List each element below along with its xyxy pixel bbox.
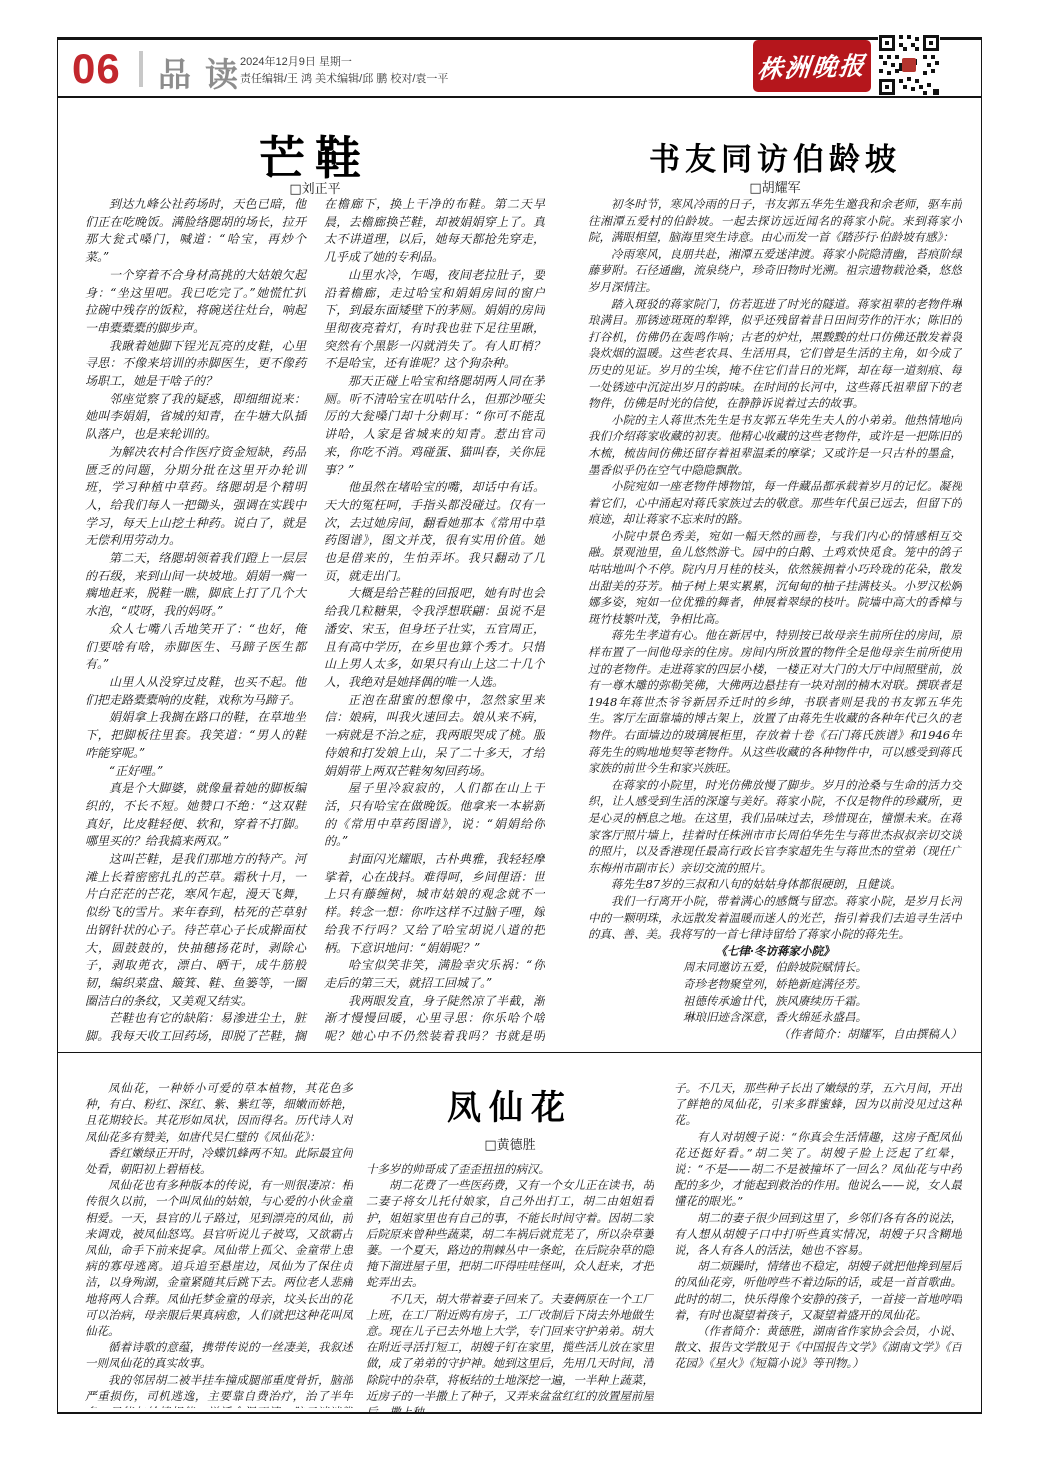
paragraph: “正好哩。” (85, 763, 306, 781)
article2-title: 书友同访伯龄坡 (588, 134, 962, 179)
paragraph: 第二天，络腮胡领着我们蹬上一层层的石级，来到山间一块坡地。娟娟一瘸一瘸地赶来，脱… (85, 550, 306, 621)
paragraph: （作者简介：黄德胜，湖南省作家协会会员，小说、散文、报告文学散见于《中国报告文学… (674, 1323, 962, 1372)
paragraph: 胡二的妻子很少回到这里了，乡邻们各有各的说法，有人想从胡嫂子口中打听些真实情况，… (674, 1210, 962, 1259)
paragraph: 凤仙花也有多种版本的传说，有一则很凄凉：相传很久以前，一个叫凤仙的姑娘，与心爱的… (85, 1177, 353, 1339)
paragraph: 邻座觉察了我的疑惑，即细细说来：她叫李娟娟，省城的知青，在牛塘大队插队落户，也是… (85, 391, 306, 444)
article1-body: 到达九峰公社药场时，天色已暗，他们正在吃晚饭。满脸络腮胡的场长，拉开那大瓮式嗓门… (85, 196, 545, 1048)
paragraph: 子。不几天，那些种子长出了嫩绿的芽，五六月间，开出了鲜艳的凤仙花，引来多群蜜蜂，… (674, 1080, 962, 1129)
page-number: 06 (72, 45, 121, 93)
qr-code (878, 34, 940, 96)
paragraph: 香红嫩绿正开时，冷蝶饥蜂两不知。此际最宜何处看，朝阳初上碧梧枝。 (85, 1145, 353, 1177)
paragraph: 大概是给芒鞋的回报吧，她有时也会给我几粒糖果，令我浮想联翩：虽说不是潘安、宋玉，… (324, 585, 545, 691)
paragraph: 那天正碰上哈宝和络腮胡两人同在茅厕。听不清哈宝在叽咕什么，但那沙哑尖厉的大瓮嗓门… (324, 373, 545, 479)
paragraph: 他虽然在堵哈宝的嘴，却话中有话。天大的冤枉呵，手指头都没碰过。仅有一次，去过她房… (324, 479, 545, 585)
paragraph: 踏入斑驳的蒋家院门，仿若逛进了时光的隧道。蒋家祖辈的老物件琳琅满目。那锈迹斑斑的… (588, 296, 962, 412)
paragraph: 祖德传承逾廿代，族风赓续历千霜。 (588, 993, 962, 1010)
qr-seal (902, 58, 916, 72)
paragraph: 正泡在甜蜜的想像中，忽然家里来信：娘病，叫我火速回去。娘从来不病，一病就是不治之… (324, 692, 545, 781)
article3-column3: 子。不几天，那些种子长出了嫩绿的芽，五六月间，开出了鲜艳的凤仙花，引来多群蜜蜂，… (674, 1080, 962, 1408)
frame-left-rule (57, 37, 58, 1414)
date-line: 2024年12月9日 星期一 (240, 54, 352, 71)
paragraph: 冷雨寒风，良朋共赴，湘潭五爱迷津渡。蒋家小院隐清幽，苔痕阶绿藤萝附。石径通幽，流… (588, 246, 962, 296)
header-bottom-rule (57, 96, 982, 98)
frame-right-rule (981, 37, 982, 1414)
article2-body: 初冬时节，寒风冷雨的日子，书友郭五华先生邀我和余老师，驱车前往湘潭五爱村的伯龄坡… (588, 196, 962, 1048)
article1-author: □刘正平 (85, 178, 545, 197)
paragraph: 到达九峰公社药场时，天色已暗，他们正在吃晚饭。满脸络腮胡的场长，拉开那大瓮式嗓门… (85, 196, 306, 267)
editors-line: 责任编辑/王 鸿 美术编辑/邱 鹏 校对/袁一平 (240, 71, 448, 88)
paragraph: 小院的主人蒋世杰先生是书友郭五华先生夫人的小弟弟。他热情地向我们介绍蒋家收藏的初… (588, 412, 962, 478)
paragraph: 娟娟拿上我搁在路口的鞋，在草地坐下，把脚板往里套。我笑道：“男人的鞋咋能穿呢。” (85, 709, 306, 762)
paragraph: 《七律·冬访蒋家小院》 (588, 943, 962, 960)
paragraph: 我的邻居胡二被半挂车撞成腿部重度骨折，脑部严重损伤，司机逃逸，主要靠自费治疗，治… (85, 1372, 353, 1408)
paragraph: 我瞅着她脚下锃光瓦亮的皮鞋，心里寻思：不像来培训的赤脚医生，更不像药场职工，她是… (85, 338, 306, 391)
paragraph: 我们一行离开小院，带着满心的感慨与留恋。蒋家小院，是岁月长河中的一颗明珠，永远散… (588, 893, 962, 943)
article3-title: 凤仙花 (366, 1080, 654, 1129)
paragraph: 胡二花费了一些医药费，又有一个女儿正在读书，胡二妻子将女儿托付娘家，自己外出打工… (366, 1177, 654, 1290)
paragraph: 在蒋家的小院里，时光仿佛放慢了脚步。岁月的沧桑与生命的活力交织，让人感受到生活的… (588, 777, 962, 877)
paragraph: 凤仙花，一种娇小可爱的草本植物，其花色多种，有白、粉红、深红、紫、紫红等，细嫩而… (85, 1080, 353, 1145)
paragraph: 周末同邀访五爱，伯龄坡院赋情长。 (588, 959, 962, 976)
paragraph: 小院宛如一座老物件博物馆，每一件藏品都承载着岁月的记忆。凝视着它们，心中涌起对蒋… (588, 478, 962, 528)
paragraph: 奇珍老物聚堂列，娇艳新庭满径芳。 (588, 976, 962, 993)
paragraph: 初冬时节，寒风冷雨的日子，书友郭五华先生邀我和余老师，驱车前往湘潭五爱村的伯龄坡… (588, 196, 962, 246)
paragraph: 一个穿着不合身材高挑的大姑娘欠起身：“坐这里吧。我已吃完了。”她慌忙扒拉碗中残存… (85, 267, 306, 338)
masthead-title: 株洲晚报 (756, 46, 868, 86)
paragraph: 蒋先生孝道有心。他在新居中，特别按已故母亲生前所住的房间，原样布置了一间他母亲的… (588, 627, 962, 776)
masthead-logo: 株洲晚报 (753, 40, 871, 92)
paragraph: 琳琅旧迹含深意，香火绵延永盛昌。 (588, 1009, 962, 1026)
paragraph: 循着诗歌的意蕴，携带传说的一丝凄美，我叙述一则凤仙花的真实故事。 (85, 1339, 353, 1371)
article3-column2-text: 十多岁的帅哥成了歪歪扭扭的病汉。胡二花费了一些医药费，又有一个女儿正在读书，胡二… (366, 1161, 654, 1413)
paragraph: 小院中景色秀美，宛如一幅天然的画卷，与我们内心的情感相互交融。景观池里，鱼儿悠然… (588, 528, 962, 628)
paragraph: 胡二烦躁时，情绪也不稳定，胡嫂子就把他搀到屋后的凤仙花旁，听他哼些不着边际的话，… (674, 1258, 962, 1323)
paragraph: 山里水冷，乍喝，夜间老拉肚子，要沿着檐廊，走过哈宝和娟娟房间的窗户下，到最东面矮… (324, 267, 545, 373)
paragraph: 众人七嘴八舌地笑开了：“也好，俺们要啥有啥，赤脚医生、马蹄子医生都有。” (85, 621, 306, 674)
paragraph: 有人对胡嫂子说：“你真会生活情趣，这房子配凤仙花还挺好看。”胡二笑了。胡嫂子脸上… (674, 1129, 962, 1210)
paragraph: 不几天，胡大带着妻子回来了。夫妻俩原在一个工厂上班，在工厂附近购有房子，工厂改制… (366, 1291, 654, 1413)
article3-author: □黄德胜 (366, 1134, 654, 1153)
paragraph: 十多岁的帅哥成了歪歪扭扭的病汉。 (366, 1161, 654, 1177)
paragraph: 封面闪光耀眼，古朴典雅，我轻轻摩挲着，心在战抖。难得呵，乡间俚语：世上只有藤缠树… (324, 851, 545, 957)
paragraph: 蒋先生87岁的三叔和八旬的姑姑身体都很硬朗，且健谈。 (588, 876, 962, 893)
paragraph: 屋子里冷寂寂的，人们都在山上干活，只有哈宝在做晚饭。他拿来一本崭新的《常用中草药… (324, 780, 545, 851)
paragraph: 这叫芒鞋，是我们那地方的特产。河滩上长着密密扎扎的芒草。霜秋十月，一片白茫茫的芒… (85, 851, 306, 1010)
section-divider-rule (57, 1052, 982, 1053)
paragraph: 真是个大脚婆，就像量着她的脚板编织的，不长不短。她赞口不绝：“这双鞋真好，比皮鞋… (85, 780, 306, 851)
newspaper-page: { "page": { "number": "06", "section": "… (0, 0, 1039, 1459)
paragraph: 为解决农村合作医疗资金短缺，药品匮乏的问题，分期分批在这里开办轮训班，学习种植中… (85, 444, 306, 550)
article2-author: □胡耀军 (588, 177, 962, 196)
paragraph: 哈宝似笑非笑，满脸幸灾乐祸：“你走后的第三天，就招工回城了。” (324, 957, 545, 992)
paragraph: （作者简介：胡耀军，自由撰稿人） (588, 1026, 962, 1043)
paragraph: 山里人从没穿过皮鞋，也买不起。他们把走路橐橐响的皮鞋，戏称为马蹄子。 (85, 674, 306, 709)
section-title: 品读 (158, 49, 252, 96)
section-divider-bar (139, 51, 143, 87)
article3-column2: 凤仙花 □黄德胜 十多岁的帅哥成了歪歪扭扭的病汉。胡二花费了一些医药费，又有一个… (366, 1080, 654, 1408)
article3-column1: 凤仙花，一种娇小可爱的草本植物，其花色多种，有白、粉红、深红、紫、紫红等，细嫩而… (85, 1080, 353, 1408)
